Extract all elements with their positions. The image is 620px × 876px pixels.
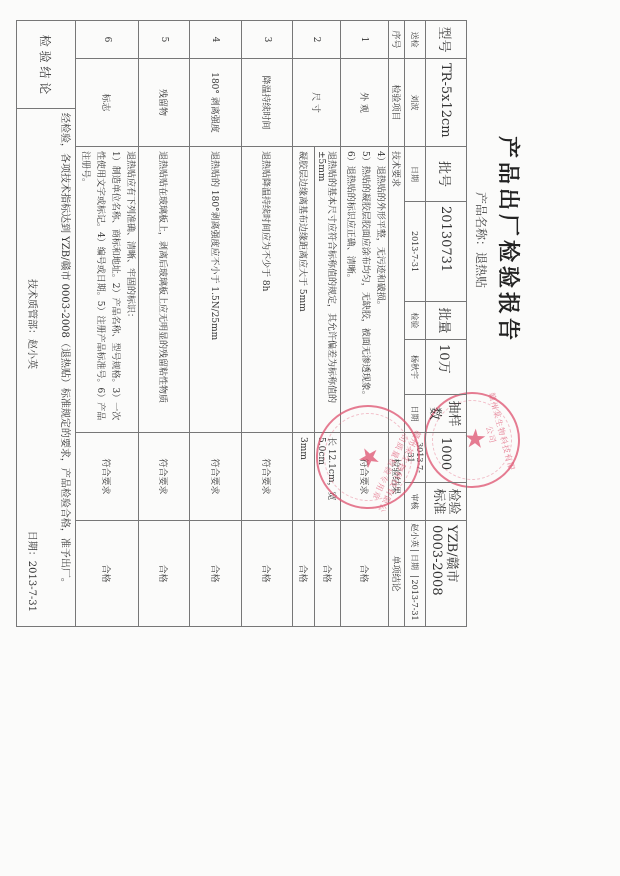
- inspector: 杨秋宇: [405, 340, 426, 395]
- row-requirement: 退热贴应有下列准确、清晰、牢固的标识： 1）制造单位名称、商标和地址。2）产品名…: [76, 147, 139, 433]
- header-row: 型号 TR-5x12cm 批号 20130731 批量 10万 抽样数 1000…: [426, 21, 467, 627]
- row-verdict: 合格: [139, 521, 190, 627]
- conclusion-date: 2013-7-31: [26, 561, 37, 612]
- row-result: 符合要求: [139, 433, 190, 521]
- model-label: 型号: [426, 21, 467, 59]
- requirement-line: 5）热贴的凝胶层胶面应涂布均匀，无缺胶，被面无渗透现象。: [357, 151, 372, 428]
- report-sheet: 产品出厂检验报告 产品名称：退热贴 赣州某生物科技有限公司 ★ 型号 TR-5x…: [0, 0, 620, 876]
- reviewer-cell: 赵小英 日期 2013-7-31: [405, 521, 426, 627]
- row-verdict: 合格: [341, 521, 389, 627]
- meta-row: 送检 刘波 日期 2013-7-31 检验 杨秋宇 日期 3013-7-31 审…: [405, 21, 426, 627]
- row-requirement: 退热贴降温持续时间应为不少于 8h: [242, 147, 293, 433]
- conclusion-date-label: 日期：: [26, 531, 37, 561]
- signer: 赵小英: [26, 339, 37, 369]
- row-item: 降温持续时间: [242, 59, 293, 147]
- column-header-row: 序号 检验项目 技术要求 检验结果 单项结论: [389, 21, 405, 627]
- batch-qty-value: 10万: [426, 340, 467, 395]
- row-result: 符合要求: [242, 433, 293, 521]
- row-seq: 5: [139, 21, 190, 59]
- signer-line: 技术质管部：赵小英: [26, 279, 41, 369]
- product-name: 退热贴: [474, 252, 488, 288]
- row-requirement: 退热贴贴在玻璃板上，剥离后玻璃板上应无明显的残留粘性物质: [139, 147, 190, 433]
- row-verdict: 合格: [76, 521, 139, 627]
- conclusion-text: 经检验，各项技术指标达到 YZB/赣市 0003-2008（退热贴）标准规定的要…: [59, 113, 74, 622]
- inspector-label: 检验: [405, 302, 426, 340]
- row-verdict: 合格: [315, 521, 341, 627]
- row-sub-requirement: 凝胶层边缘离基布边缘距离应大于 5mm: [293, 147, 315, 433]
- col-item: 检验项目: [389, 59, 405, 147]
- table-row: 4 180° 剥离强度 退热贴的 180°剥离强度应不小于 1.5N/25mm …: [190, 21, 242, 627]
- review-date: 2013-7-31: [411, 576, 420, 624]
- row-requirement: 4）退热贴的外形平整，无污迹和破损。 5）热贴的凝胶层胶面应涂布均匀，无缺胶，被…: [341, 147, 389, 433]
- reviewer: 赵小英: [411, 523, 420, 547]
- submitter: 刘波: [405, 59, 426, 147]
- submit-date: 2013-7-31: [405, 202, 426, 302]
- batch-no-value: 20130731: [426, 202, 467, 302]
- batch-qty-label: 批量: [426, 302, 467, 340]
- conclusion-label: 检 验 结 论: [17, 21, 76, 109]
- standard-value: YZB/赣市 0003-2008: [426, 521, 467, 627]
- model-value: TR-5x12cm: [426, 59, 467, 147]
- submit-date-label: 日期: [405, 147, 426, 202]
- review-date-label: 日期: [411, 550, 420, 573]
- table-row: 5 残留物 退热贴贴在玻璃板上，剥离后玻璃板上应无明显的残留粘性物质 符合要求 …: [139, 21, 190, 627]
- requirement-line: 4）退热贴的外形平整，无污迹和破损。: [372, 151, 387, 428]
- row-seq: 1: [341, 21, 389, 59]
- row-result: 符合要求: [76, 433, 139, 521]
- submitter-label: 送检: [405, 21, 426, 59]
- inspection-table: 型号 TR-5x12cm 批号 20130731 批量 10万 抽样数 1000…: [16, 20, 467, 627]
- row-seq: 3: [242, 21, 293, 59]
- row-item: 尺 寸: [293, 59, 341, 147]
- row-result: 符合要求: [190, 433, 242, 521]
- row-item: 180° 剥离强度: [190, 59, 242, 147]
- signer-label: 技术质管部：: [26, 279, 37, 339]
- requirement-line: 6）退热贴的标识应正确、清晰。: [342, 151, 357, 428]
- conclusion-row: 检 验 结 论 经检验，各项技术指标达到 YZB/赣市 0003-2008（退热…: [17, 21, 76, 627]
- row-requirement: 退热贴的基本尺寸应符合标称值的规定，其允许偏差为标称值的±5mm: [315, 147, 341, 433]
- product-name-line: 产品名称：退热贴: [473, 110, 490, 370]
- table-row: 1 外 观 4）退热贴的外形平整，无污迹和破损。 5）热贴的凝胶层胶面应涂布均匀…: [341, 21, 389, 627]
- row-item: 标志: [76, 59, 139, 147]
- row-requirement: 退热贴的 180°剥离强度应不小于 1.5N/25mm: [190, 147, 242, 433]
- row-verdict: 合格: [242, 521, 293, 627]
- row-seq: 4: [190, 21, 242, 59]
- row-seq: 6: [76, 21, 139, 59]
- row-item: 外 观: [341, 59, 389, 147]
- table-row: 3 降温持续时间 退热贴降温持续时间应为不少于 8h 符合要求 合格: [242, 21, 293, 627]
- batch-no-label: 批号: [426, 147, 467, 202]
- row-verdict: 合格: [190, 521, 242, 627]
- report-title: 产品出厂检验报告: [494, 90, 525, 390]
- sample-qty-value: 1000: [426, 433, 467, 483]
- row-sub-verdict: 合格: [293, 521, 315, 627]
- requirement-line: 1）制造单位名称、商标和地址。2）产品名称、型号规格。3）一次性使用文字或标记。…: [77, 151, 122, 428]
- row-sub-result: 3mm: [293, 433, 315, 521]
- table-row: 2 尺 寸 退热贴的基本尺寸应符合标称值的规定，其允许偏差为标称值的±5mm 长…: [315, 21, 341, 627]
- requirement-line: 退热贴应有下列准确、清晰、牢固的标识：: [122, 151, 137, 428]
- row-item: 残留物: [139, 59, 190, 147]
- sample-qty-label: 抽样数: [426, 395, 467, 433]
- conclusion-date-line: 日期：2013-7-31: [26, 531, 41, 612]
- row-seq: 2: [293, 21, 341, 59]
- product-name-label: 产品名称：: [474, 192, 488, 252]
- conclusion-cell: 经检验，各项技术指标达到 YZB/赣市 0003-2008（退热贴）标准规定的要…: [17, 109, 76, 627]
- col-seq: 序号: [389, 21, 405, 59]
- col-requirement: 技术要求: [389, 147, 405, 433]
- table-row: 6 标志 退热贴应有下列准确、清晰、牢固的标识： 1）制造单位名称、商标和地址。…: [76, 21, 139, 627]
- standard-label: 检验标准: [426, 483, 467, 521]
- col-verdict: 单项结论: [389, 521, 405, 627]
